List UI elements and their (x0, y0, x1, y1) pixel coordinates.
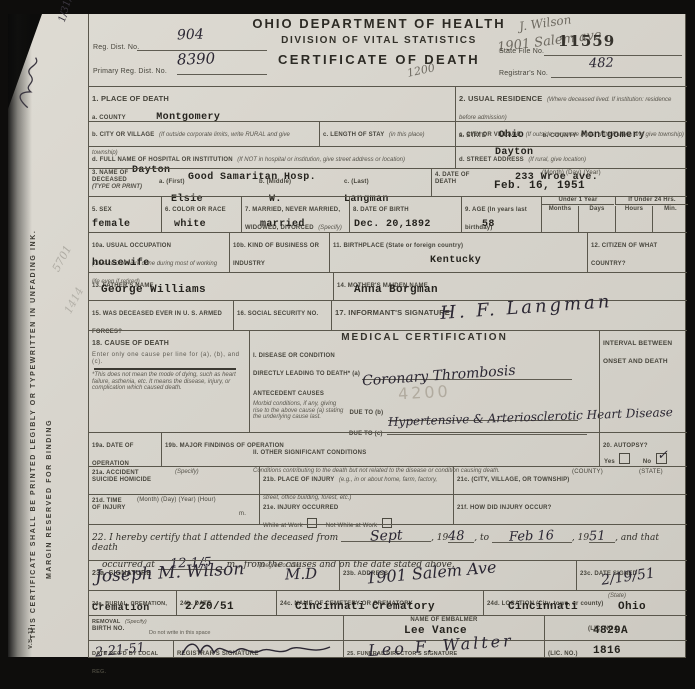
due-b-label: DUE TO (b) (349, 410, 383, 416)
field-hospital: d. FULL NAME OF HOSPITAL OR INSTITUTION … (89, 146, 455, 168)
interval-label: INTERVAL BETWEEN ONSET AND DEATH (603, 340, 672, 365)
field-informant: 17. INFORMANT'S SIGNATURE H. F. Langman (331, 300, 687, 330)
reg-dist-line: 904 (137, 26, 267, 51)
operation-date-label: 19a. DATE OF OPERATION (92, 443, 134, 467)
first-label: a. (First) (159, 179, 185, 185)
name-subtitle: (TYPE OR PRINT) (92, 184, 142, 190)
certify-19-1: , 19 (431, 533, 448, 543)
field-mother-name: 14. MOTHER'S MAIDEN NAME Anna Borgman (333, 272, 687, 300)
form-number: V.S. 11 (28, 599, 34, 649)
citizen-label: 12. CITIZEN OF WHAT COUNTRY? (591, 243, 657, 267)
dob-label: 8. DATE OF BIRTH (353, 207, 409, 213)
from-year-line: 48 (448, 529, 474, 543)
field-place-of-death: 1. PLACE OF DEATH a. COUNTY Montgomery (89, 86, 455, 121)
occupation-value: housewife (92, 258, 150, 269)
autopsy-no-label: No (643, 459, 651, 465)
margin-pencil-number-2: 1414 (62, 285, 87, 316)
race-value: white (174, 219, 206, 230)
morbid-hint: Morbid conditions, if any, giving rise t… (253, 401, 345, 421)
autopsy-no-checkmark: ✓ (656, 448, 667, 463)
field-city-of-residence: c. CITY OR VILLAGE (If outside corporate… (455, 121, 687, 146)
registrar-no-value: 482 (589, 56, 614, 72)
field-how-injury-occurred: 21f. HOW DID INJURY OCCUR? (453, 494, 687, 524)
certify-19-2: , 19 (572, 533, 589, 543)
street-label: d. STREET ADDRESS (459, 157, 524, 163)
injury-time-cols: (Month) (Day) (Year) (Hour) (137, 497, 216, 504)
injury-time-m: m. (239, 511, 246, 518)
birthplace-label: 11. BIRTHPLACE (State or foreign country… (333, 243, 463, 249)
cause-note-2: *This does not mean the mode of dying, s… (92, 372, 246, 392)
dob-value: Dec. 20,1892 (354, 219, 431, 230)
field-registrar-signature: REGISTRAR'S SIGNATURE (173, 640, 343, 657)
ssn-label: 16. SOCIAL SECURITY NO. (237, 311, 318, 317)
min-col: Min. (652, 206, 688, 233)
field-sex: 5. SEX female (89, 196, 161, 232)
injury-loc-state: (STATE) (639, 469, 663, 476)
state-file-value: 11559 (558, 32, 615, 50)
field-operation-date: 19a. DATE OF OPERATION (89, 432, 161, 466)
field-autopsy: 20. AUTOPSY? Yes No ✓ (599, 432, 687, 466)
field-cause-of-death: 18. CAUSE OF DEATH Enter only one cause … (89, 330, 249, 432)
hours-col: Hours (615, 206, 652, 233)
field-burial-type: 24a. BURIAL, CREMATION, REMOVAL (Specify… (89, 590, 176, 615)
physician-address-value: 1901 Salem Ave (365, 557, 497, 587)
birth-no-label: BIRTH NO. (92, 626, 124, 632)
injury-place-label: 21b. PLACE OF INJURY (263, 477, 334, 483)
to-year-value: 51 (589, 529, 606, 545)
field-place-of-injury: 21b. PLACE OF INJURY (e.g., in or about … (259, 466, 453, 494)
death-date-value: Feb. 16, 1951 (494, 180, 585, 192)
usual-residence-title: 2. USUAL RESIDENCE (459, 94, 542, 103)
sex-value: female (92, 219, 130, 230)
autopsy-label: 20. AUTOPSY? (603, 443, 648, 449)
industry-label: 10b. KIND OF BUSINESS OR INDUSTRY (233, 243, 319, 267)
stay-hint: (in this place) (389, 132, 425, 138)
field-physician-signature: 23a. SIGNATURE (Degree or title) Joseph … (89, 560, 339, 590)
hospital-hint: (If NOT in hospital or institution, give… (237, 157, 405, 163)
field-physician-address: 23b. ADDRESS 1901 Salem Ave (339, 560, 576, 590)
field-injury-location: 21c. (CITY, VILLAGE, OR TOWNSHIP) (COUNT… (453, 466, 687, 494)
field-burial-date: 24b. DATE 2/20/51 (176, 590, 276, 615)
field-ssn: 16. SOCIAL SECURITY NO. (233, 300, 331, 330)
field-medical-certification: MEDICAL CERTIFICATION I. DISEASE OR COND… (249, 330, 599, 432)
physician-signature-value: Joseph M. Wilson (95, 559, 245, 587)
cause-title: 18. CAUSE OF DEATH (92, 340, 169, 347)
informant-label: 17. INFORMANT'S SIGNATURE (335, 308, 450, 317)
field-occupation: 10a. USUAL OCCUPATION (Give kind of work… (89, 232, 229, 272)
field-cemetery: 24c. NAME OF CEMETERY OR CREMATORY Cinci… (276, 590, 483, 615)
field-certification-statement: 22. I hereby certify that I attended the… (89, 524, 687, 560)
margin-binding-note: MARGIN RESERVED FOR BINDING (46, 319, 53, 579)
margin-pencil-number-1: 5701 (50, 243, 75, 274)
field-time-of-injury: 21d. TIME OF INJURY (Month) (Day) (Year)… (89, 494, 259, 524)
field-city-of-death: b. CITY OR VILLAGE (If outside corporate… (89, 121, 319, 146)
occupation-label: 10a. USUAL OCCUPATION (92, 243, 171, 249)
field-birth-no: BIRTH NO. Do not write in this space (89, 615, 343, 640)
field-burial-location: 24d. LOCATION (City, town, or county) (S… (483, 590, 687, 615)
under-24hrs-header: If Under 24 Hrs. (615, 197, 688, 205)
street-hint: (If rural, give location) (528, 157, 586, 163)
certificate-form: OHIO DEPARTMENT OF HEALTH DIVISION OF VI… (88, 14, 686, 658)
cemetery-value: Cincinnati Crematory (295, 601, 435, 613)
physician-degree-value: M.D (285, 564, 318, 583)
injury-loc-label: 21c. (CITY, VILLAGE, OR TOWNSHIP) (457, 477, 570, 483)
field-embalmer-lic: (LIC. NO.) 4829A (544, 615, 687, 640)
field-length-of-stay: c. LENGTH OF STAY (in this place) (319, 121, 455, 146)
burial-value: Cremation (92, 603, 150, 614)
field-birthplace: 11. BIRTHPLACE (State or foreign country… (329, 232, 587, 272)
field-usual-residence: 2. USUAL RESIDENCE (Where deceased lived… (455, 86, 687, 121)
antecedent-label: ANTECEDENT CAUSES (253, 391, 324, 397)
autopsy-yes-checkbox (619, 453, 630, 464)
date-received-value: 2-21-51 (94, 640, 145, 660)
field-operation-findings: 19b. MAJOR FINDINGS OF OPERATION (161, 432, 599, 466)
margin-legibility-note: THIS CERTIFICATE SHALL BE PRINTED LEGIBL… (30, 109, 37, 639)
attended-from-value: Sept (370, 527, 403, 544)
field-age-subcolumns: Under 1 Year If Under 24 Hrs. Months Day… (541, 196, 687, 232)
certify-text-1: I hereby certify that I attended the dec… (109, 533, 338, 543)
funeral-lic-label: (LIC. NO.) (548, 651, 578, 657)
field-race: 6. COLOR OR RACE white (161, 196, 241, 232)
paper-fold-shadow (8, 14, 32, 657)
field-date-of-birth: 8. DATE OF BIRTH Dec. 20,1892 (349, 196, 461, 232)
injury-time-label: 21d. TIME OF INJURY (92, 498, 130, 512)
place-of-death-title: 1. PLACE OF DEATH (92, 94, 169, 103)
reg-dist-value: 904 (177, 27, 204, 44)
death-date-title: 4. DATE OF DEATH (435, 172, 481, 186)
marital-value: married (260, 219, 305, 230)
field-injury-occurred: 21e. INJURY OCCURRED While at Work Not W… (259, 494, 453, 524)
due-b-line: Hypertensive & Arteriosclerotic Heart Di… (388, 408, 578, 421)
field-interval: INTERVAL BETWEEN ONSET AND DEATH (599, 330, 687, 432)
disease-label: I. DISEASE OR CONDITIONDIRECTLY LEADING … (253, 353, 362, 377)
age-label: 9. AGE (In years last birthday) (465, 207, 527, 231)
months-col: Months (542, 206, 578, 233)
middle-label: b. (Middle) (259, 179, 291, 185)
primary-reg-label: Primary Reg. Dist. No. (93, 68, 167, 75)
burial-loc-state-label: (State) (608, 593, 626, 600)
field-funeral-lic: (LIC. NO.) 1816 (544, 640, 687, 657)
field-funeral-director: 25. FUNERAL DIRECTOR'S SIGNATURE Leo F. … (343, 640, 544, 657)
medical-certification-title: MEDICAL CERTIFICATION (253, 332, 596, 343)
days-col: Days (578, 206, 615, 233)
funeral-lic-value: 1816 (593, 645, 621, 657)
certificate-paper: THIS CERTIFICATE SHALL BE PRINTED LEGIBL… (8, 14, 686, 657)
field-date-received: DATE REC'D BY LOCAL REG. 2-21-51 (89, 640, 173, 657)
field-citizen: 12. CITIZEN OF WHAT COUNTRY? (587, 232, 687, 272)
field-marital-status: 7. MARRIED, NEVER MARRIED, WIDOWED, DIVO… (241, 196, 349, 232)
cause-note-1: Enter only one cause per line for (a), (… (92, 352, 246, 365)
field-industry: 10b. KIND OF BUSINESS OR INDUSTRY (229, 232, 329, 272)
death-date-cols: (Month) (Day) (Year) (542, 170, 601, 177)
field-street-address: d. STREET ADDRESS (If rural, give locati… (455, 146, 687, 168)
mother-value: Anna Borgman (354, 284, 438, 296)
stay-label: c. LENGTH OF STAY (323, 132, 384, 138)
injury-occurred-label: 21e. INJURY OCCURRED (263, 505, 338, 511)
date-signed-value: 2/19/51 (600, 565, 656, 588)
field-date-signed: 23c. DATE SIGNED 2/19/51 (576, 560, 687, 590)
attended-to-value: Feb 16 (509, 528, 554, 545)
state-file-label: State File No. (499, 48, 544, 55)
reg-dist-label: Reg. Dist. No. (93, 44, 139, 51)
accident-hint: (Specify) (175, 469, 199, 476)
field-father-name: 13. FATHER'S NAME George Williams (89, 272, 333, 300)
certify-to-label: , to (474, 533, 489, 543)
city-label: b. CITY OR VILLAGE (92, 132, 155, 138)
res-city-label: c. CITY OR VILLAGE (459, 132, 521, 138)
from-year-value: 48 (448, 529, 465, 545)
birthplace-value: Kentucky (430, 255, 481, 266)
registrar-signature-scrawl (178, 641, 338, 659)
margin-date-note: 1/31/57 (57, 0, 78, 23)
race-label: 6. COLOR OR RACE (165, 207, 226, 213)
injury-loc-county: (COUNTY) (572, 469, 603, 476)
registrar-no-label: Registrar's No. (499, 70, 548, 77)
attended-from-line: Sept (341, 528, 431, 542)
to-year-line: 51 (589, 529, 615, 543)
hospital-label: d. FULL NAME OF HOSPITAL OR INSTITUTION (92, 157, 233, 163)
under-1-year-header: Under 1 Year (542, 197, 614, 205)
do-not-write-note: Do not write in this space (149, 630, 210, 637)
field-accident-type: 21a. ACCIDENT SUICIDE HOMICIDE (Specify) (89, 466, 259, 494)
last-label: c. (Last) (344, 179, 369, 185)
autopsy-yes-label: Yes (604, 459, 615, 465)
field-name-of-deceased: 3. NAME OF DECEASED(TYPE OR PRINT) a. (F… (89, 168, 431, 196)
marital-hint: (Specify) (318, 225, 342, 231)
field-armed-forces: 15. WAS DECEASED EVER IN U. S. ARMED FOR… (89, 300, 233, 330)
state-file-line: 11559 (544, 32, 682, 56)
disease-line: Coronary Thrombosis (362, 367, 572, 380)
age-value: 58 (482, 219, 495, 230)
embalmer-label: NAME OF EMBALMER (347, 617, 541, 624)
autopsy-no-checkbox: ✓ (656, 453, 667, 464)
field-date-of-death: 4. DATE OF DEATH (Month) (Day) (Year) Fe… (431, 168, 687, 196)
primary-reg-value: 8390 (177, 49, 216, 68)
stamp-4200: 4200 (398, 382, 452, 404)
certify-no: 22. (92, 533, 106, 543)
accident-label: 21a. ACCIDENT SUICIDE HOMICIDE (92, 470, 164, 484)
name-title: 3. NAME OF DECEASED(TYPE OR PRINT) (92, 170, 150, 191)
attended-to-line: Feb 16 (492, 529, 572, 543)
primary-reg-line: 8390 (177, 50, 267, 75)
scanned-death-certificate: THIS CERTIFICATE SHALL BE PRINTED LEGIBL… (0, 0, 695, 689)
operation-findings-label: 19b. MAJOR FINDINGS OF OPERATION (165, 443, 284, 449)
how-injury-label: 21f. HOW DID INJURY OCCUR? (457, 505, 552, 511)
burial-date-value: 2/20/51 (185, 601, 234, 613)
burial-loc-state: Ohio (618, 601, 646, 613)
father-value: George Williams (101, 284, 206, 296)
burial-loc-city: Cincinnati (508, 601, 578, 613)
res-city-hint: (If outside corporate limits, write RURA… (526, 132, 684, 138)
embalmer-lic-value: 4829A (593, 625, 628, 637)
registrar-no-line: 482 (551, 54, 682, 78)
field-age: 9. AGE (In years last birthday) 58 (461, 196, 541, 232)
sex-label: 5. SEX (92, 207, 112, 213)
